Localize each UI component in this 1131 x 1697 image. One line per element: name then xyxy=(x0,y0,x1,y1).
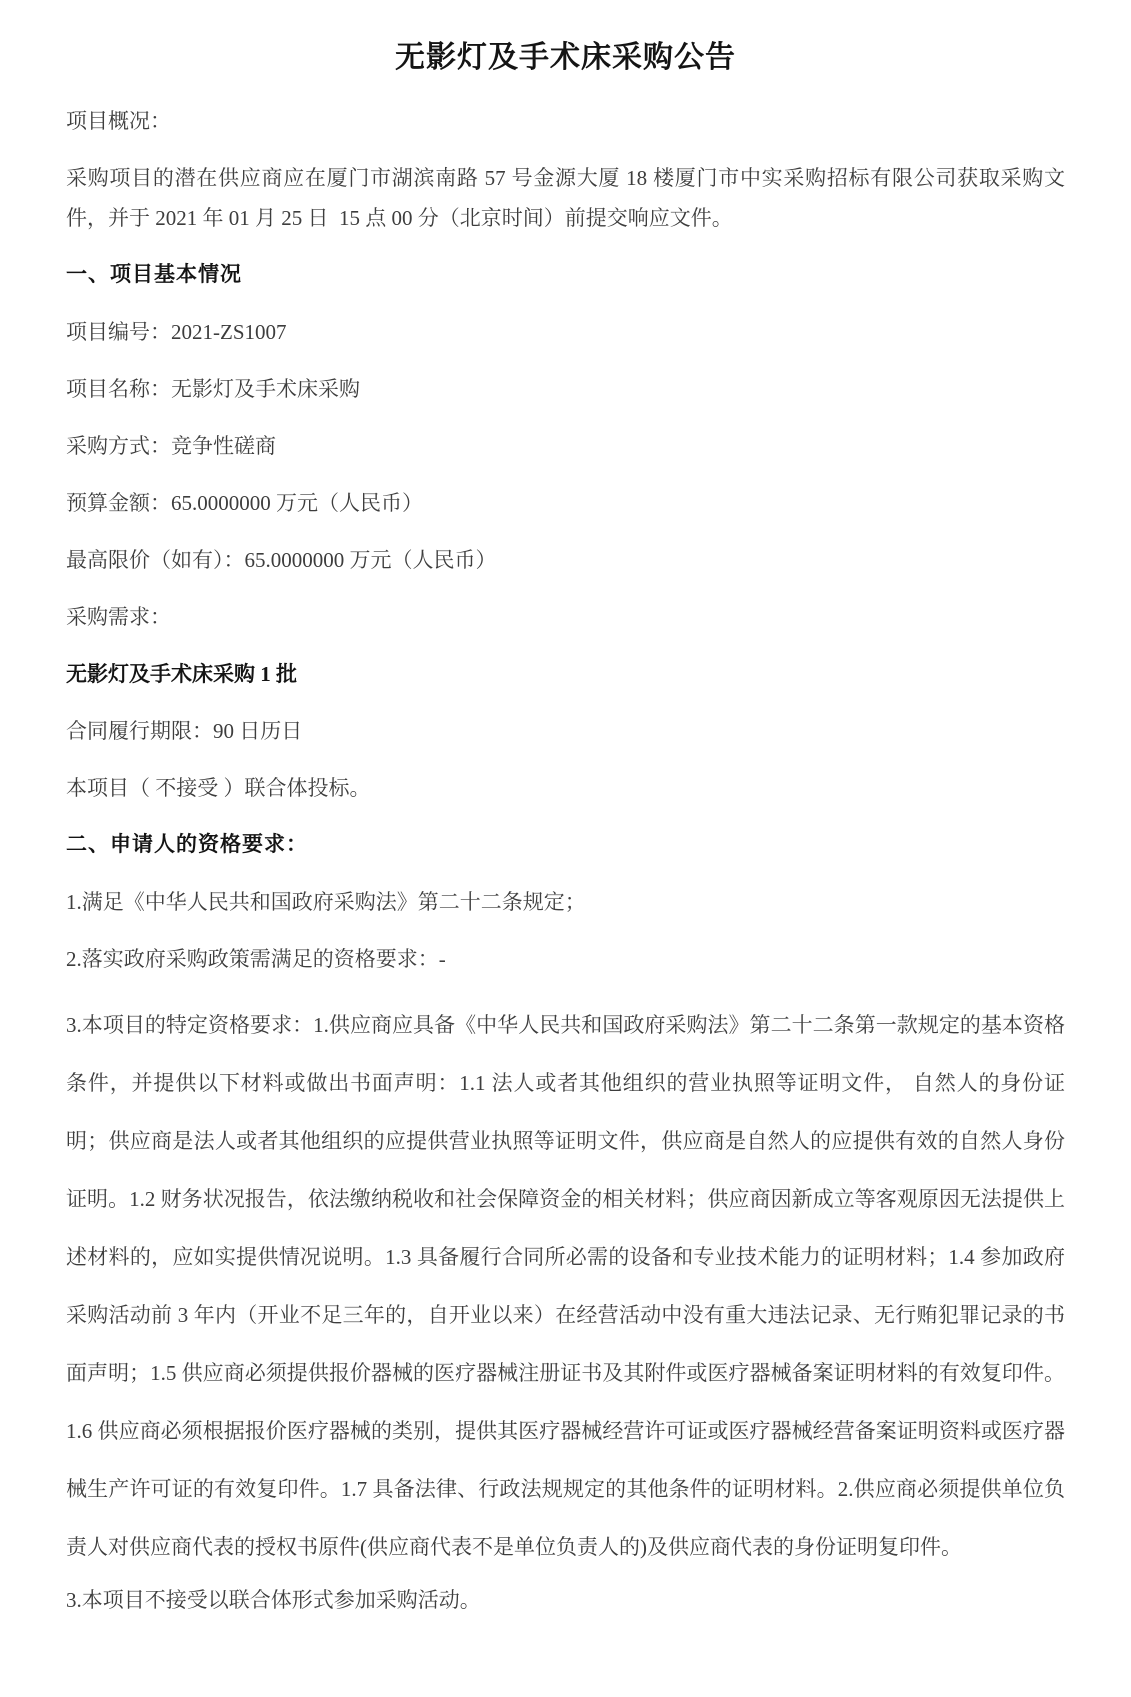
project-number-line: 项目编号：2021-ZS1007 xyxy=(66,312,1065,352)
procurement-method-line: 采购方式：竞争性磋商 xyxy=(66,426,1065,466)
qualification-item-3: 3.本项目的特定资格要求：1.供应商应具备《中华人民共和国政府采购法》第二十二条… xyxy=(66,996,1065,1576)
max-price-line: 最高限价（如有）：65.0000000 万元（人民币） xyxy=(66,540,1065,580)
contract-period-line: 合同履行期限：90 日历日 xyxy=(66,711,1065,751)
qualification-item-1: 1.满足《中华人民共和国政府采购法》第二十二条规定； xyxy=(66,882,1065,922)
budget-amount-line: 预算金额：65.0000000 万元（人民币） xyxy=(66,483,1065,523)
procurement-demand-label: 采购需求： xyxy=(66,597,1065,637)
project-name-line: 项目名称：无影灯及手术床采购 xyxy=(66,369,1065,409)
section-basic-info-heading: 一、项目基本情况 xyxy=(66,255,1065,295)
consortium-bid-note: 本项目（ 不接受 ）联合体投标。 xyxy=(66,768,1065,808)
qualification-item-2: 2.落实政府采购政策需满足的资格要求：- xyxy=(66,939,1065,979)
procurement-demand-item: 无影灯及手术床采购 1 批 xyxy=(66,654,1065,694)
document-title: 无影灯及手术床采购公告 xyxy=(66,38,1065,79)
project-overview-body: 采购项目的潜在供应商应在厦门市湖滨南路 57 号金源大厦 18 楼厦门市中实采购… xyxy=(66,158,1065,238)
procurement-announcement-document: 无影灯及手术床采购公告 项目概况： 采购项目的潜在供应商应在厦门市湖滨南路 57… xyxy=(0,0,1131,1697)
section-qualification-heading: 二、申请人的资格要求： xyxy=(66,825,1065,865)
project-overview-label: 项目概况： xyxy=(66,101,1065,141)
